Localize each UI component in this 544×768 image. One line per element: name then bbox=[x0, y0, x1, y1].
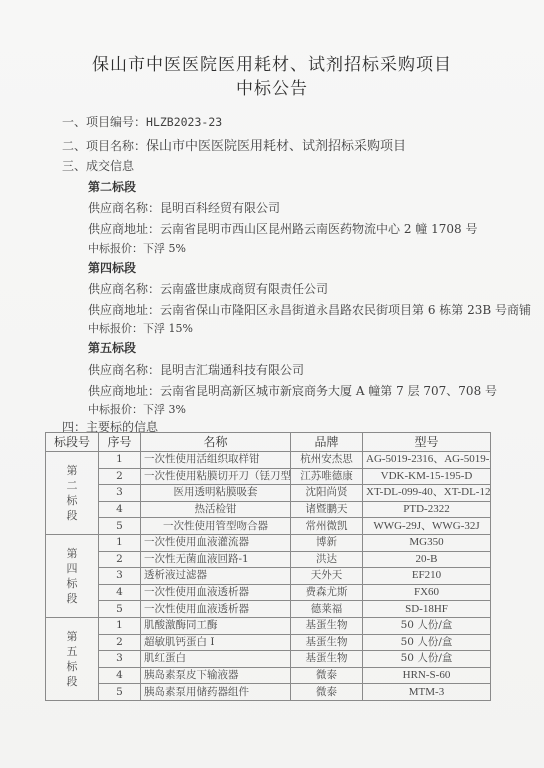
row-number: 2 bbox=[99, 634, 141, 651]
row-number: 2 bbox=[99, 468, 141, 485]
item-name: 一次性使用血液灌流器 bbox=[141, 534, 291, 551]
row-number: 1 bbox=[99, 534, 141, 551]
lot-2-bid-price: 中标报价：下浮 5% bbox=[88, 240, 186, 256]
table-row: 2 超敏肌钙蛋白 I 基蛋生物 50 人份/盒 bbox=[46, 634, 491, 651]
lot-5-supplier-name: 供应商名称：昆明吉汇瑞通科技有限公司 bbox=[88, 361, 304, 378]
table-row: 2 一次性使用粘膜切开刀（铥刀型） 江苏唯德康 VDK-KM-15-195-D bbox=[46, 468, 491, 485]
supplier-name-value: 云南盛世康成商贸有限责任公司 bbox=[160, 282, 328, 296]
item-brand: 微泰 bbox=[291, 684, 363, 701]
deal-info-heading: 三、成交信息 bbox=[62, 157, 134, 174]
bid-price-value: 下浮 3% bbox=[143, 403, 186, 416]
supplier-address-label: 供应商地址： bbox=[88, 384, 160, 398]
header-segment: 标段号 bbox=[46, 433, 99, 452]
item-model: HRN-S-60 bbox=[363, 667, 491, 684]
table-row: 4 热活检钳 诸暨鹏天 PTD-2322 bbox=[46, 501, 491, 518]
main-items-table: 标段号 序号 名称 品牌 型号 第 二 标 段 1 一次性使用活组织取样钳 杭州… bbox=[45, 432, 491, 701]
item-model: SD-18HF bbox=[363, 601, 491, 618]
item-brand: 江苏唯德康 bbox=[291, 468, 363, 485]
item-name: 肌红蛋白 bbox=[141, 651, 291, 668]
item-brand: 常州微凯 bbox=[291, 518, 363, 535]
segment-cell-lot-2: 第 二 标 段 bbox=[46, 452, 99, 535]
project-number-label: 一、项目编号： bbox=[62, 115, 146, 129]
table-row: 3 医用透明粘膜吸套 沈阳尚贤 XT-DL-099-40、XT-DL-128-4… bbox=[46, 485, 491, 502]
row-number: 3 bbox=[99, 651, 141, 668]
item-model: 50 人份/盒 bbox=[363, 651, 491, 668]
item-model: 50 人份/盒 bbox=[363, 617, 491, 634]
item-brand: 基蛋生物 bbox=[291, 651, 363, 668]
item-brand: 杭州安杰思 bbox=[291, 452, 363, 469]
row-number: 2 bbox=[99, 551, 141, 568]
row-number: 1 bbox=[99, 617, 141, 634]
row-number: 5 bbox=[99, 518, 141, 535]
supplier-name-value: 昆明吉汇瑞通科技有限公司 bbox=[160, 363, 304, 377]
supplier-address-value: 云南省昆明高新区城市新宸商务大厦 A 幢第 7 层 707、708 号 bbox=[160, 384, 497, 398]
table-row: 5 一次性使用血液透析器 德莱福 SD-18HF bbox=[46, 601, 491, 618]
item-model: AG-5019-2316、AG-5019-2323 bbox=[363, 452, 491, 469]
row-number: 3 bbox=[99, 485, 141, 502]
bid-price-value: 下浮 15% bbox=[143, 322, 193, 335]
item-brand: 天外天 bbox=[291, 568, 363, 585]
item-brand: 沈阳尚贤 bbox=[291, 485, 363, 502]
item-brand: 博新 bbox=[291, 534, 363, 551]
project-name-value: 保山市中医医院医用耗材、试剂招标采购项目 bbox=[146, 139, 406, 154]
item-brand: 洪达 bbox=[291, 551, 363, 568]
table-row: 4 胰岛素泵皮下输液器 微泰 HRN-S-60 bbox=[46, 667, 491, 684]
item-name: 透析液过滤器 bbox=[141, 568, 291, 585]
segment-char: 五 bbox=[49, 644, 95, 659]
row-number: 1 bbox=[99, 452, 141, 469]
bid-price-label: 中标报价： bbox=[88, 322, 143, 335]
header-model: 型号 bbox=[363, 433, 491, 452]
segment-char: 第 bbox=[49, 463, 95, 478]
lot-5-bid-price: 中标报价：下浮 3% bbox=[88, 401, 186, 417]
item-name: 一次性无菌血液回路-1 bbox=[141, 551, 291, 568]
item-model: XT-DL-099-40、XT-DL-128-40 bbox=[363, 485, 491, 502]
project-name-line: 二、项目名称：保山市中医医院医用耗材、试剂招标采购项目 bbox=[62, 135, 406, 154]
table-row: 2 一次性无菌血液回路-1 洪达 20-B bbox=[46, 551, 491, 568]
item-model: MG350 bbox=[363, 534, 491, 551]
item-name: 胰岛素泵皮下输液器 bbox=[141, 667, 291, 684]
table-row: 5 胰岛素泵用储药器组件 微泰 MTM-3 bbox=[46, 684, 491, 701]
item-name: 一次性使用血液透析器 bbox=[141, 601, 291, 618]
item-model: FX60 bbox=[363, 584, 491, 601]
row-number: 3 bbox=[99, 568, 141, 585]
bid-price-label: 中标报价： bbox=[88, 403, 143, 416]
item-name: 肌酸激酶同工酶 bbox=[141, 617, 291, 634]
document-subtitle: 中标公告 bbox=[0, 74, 544, 99]
table-row: 第 四 标 段 1 一次性使用血液灌流器 博新 MG350 bbox=[46, 534, 491, 551]
segment-char: 标 bbox=[49, 576, 95, 591]
item-brand: 基蛋生物 bbox=[291, 617, 363, 634]
supplier-address-value: 云南省昆明市西山区昆州路云南医药物流中心 2 幢 1708 号 bbox=[160, 222, 477, 236]
item-name: 一次性使用粘膜切开刀（铥刀型） bbox=[141, 468, 291, 485]
lot-4-supplier-name: 供应商名称：云南盛世康成商贸有限责任公司 bbox=[88, 280, 328, 297]
lot-4-bid-price: 中标报价：下浮 15% bbox=[88, 320, 193, 336]
supplier-address-value: 云南省保山市隆阳区永昌街道永昌路农民街项目第 6 栋第 23B 号商铺 bbox=[160, 303, 531, 317]
row-number: 4 bbox=[99, 667, 141, 684]
bid-price-value: 下浮 5% bbox=[143, 242, 186, 255]
table-row: 第 五 标 段 1 肌酸激酶同工酶 基蛋生物 50 人份/盒 bbox=[46, 617, 491, 634]
document-title: 保山市中医医院医用耗材、试剂招标采购项目 bbox=[0, 50, 544, 75]
segment-char: 标 bbox=[49, 659, 95, 674]
lot-4-supplier-address: 供应商地址：云南省保山市隆阳区永昌街道永昌路农民街项目第 6 栋第 23B 号商… bbox=[88, 301, 531, 318]
lot-2-supplier-name: 供应商名称：昆明百科经贸有限公司 bbox=[88, 199, 280, 216]
document-page: 保山市中医医院医用耗材、试剂招标采购项目 中标公告 一、项目编号：HLZB202… bbox=[0, 0, 544, 768]
row-number: 4 bbox=[99, 584, 141, 601]
segment-char: 段 bbox=[49, 674, 95, 689]
item-name: 热活检钳 bbox=[141, 501, 291, 518]
lot-2-supplier-address: 供应商地址：云南省昆明市西山区昆州路云南医药物流中心 2 幢 1708 号 bbox=[88, 220, 477, 237]
item-brand: 基蛋生物 bbox=[291, 634, 363, 651]
item-brand: 诸暨鹏天 bbox=[291, 501, 363, 518]
lot-4-title: 第四标段 bbox=[88, 259, 136, 276]
item-model: 20-B bbox=[363, 551, 491, 568]
row-number: 5 bbox=[99, 684, 141, 701]
supplier-name-label: 供应商名称： bbox=[88, 282, 160, 296]
item-name: 一次性使用管型吻合器 bbox=[141, 518, 291, 535]
segment-char: 段 bbox=[49, 591, 95, 606]
lot-5-supplier-address: 供应商地址：云南省昆明高新区城市新宸商务大厦 A 幢第 7 层 707、708 … bbox=[88, 382, 497, 399]
segment-char: 二 bbox=[49, 478, 95, 493]
supplier-name-label: 供应商名称： bbox=[88, 201, 160, 215]
table-header-row: 标段号 序号 名称 品牌 型号 bbox=[46, 433, 491, 452]
header-name: 名称 bbox=[141, 433, 291, 452]
lot-2-title: 第二标段 bbox=[88, 178, 136, 195]
row-number: 4 bbox=[99, 501, 141, 518]
lot-5-title: 第五标段 bbox=[88, 339, 136, 356]
segment-cell-lot-5: 第 五 标 段 bbox=[46, 617, 99, 700]
segment-cell-lot-4: 第 四 标 段 bbox=[46, 534, 99, 617]
item-model: PTD-2322 bbox=[363, 501, 491, 518]
item-brand: 微泰 bbox=[291, 667, 363, 684]
table-row: 3 肌红蛋白 基蛋生物 50 人份/盒 bbox=[46, 651, 491, 668]
table-row: 4 一次性使用血液透析器 费森尤斯 FX60 bbox=[46, 584, 491, 601]
table-row: 3 透析液过滤器 天外天 EF210 bbox=[46, 568, 491, 585]
segment-char: 第 bbox=[49, 546, 95, 561]
header-brand: 品牌 bbox=[291, 433, 363, 452]
segment-char: 第 bbox=[49, 629, 95, 644]
row-number: 5 bbox=[99, 601, 141, 618]
item-model: WWG-29J、WWG-32J bbox=[363, 518, 491, 535]
supplier-name-label: 供应商名称： bbox=[88, 363, 160, 377]
supplier-address-label: 供应商地址： bbox=[88, 222, 160, 236]
item-name: 一次性使用活组织取样钳 bbox=[141, 452, 291, 469]
project-number-line: 一、项目编号：HLZB2023-23 bbox=[62, 113, 222, 130]
segment-char: 四 bbox=[49, 561, 95, 576]
item-model: VDK-KM-15-195-D bbox=[363, 468, 491, 485]
item-brand: 费森尤斯 bbox=[291, 584, 363, 601]
segment-char: 段 bbox=[49, 508, 95, 523]
header-number: 序号 bbox=[99, 433, 141, 452]
item-name: 医用透明粘膜吸套 bbox=[141, 485, 291, 502]
item-name: 胰岛素泵用储药器组件 bbox=[141, 684, 291, 701]
bid-price-label: 中标报价： bbox=[88, 242, 143, 255]
project-name-label: 二、项目名称： bbox=[62, 139, 146, 153]
item-model: EF210 bbox=[363, 568, 491, 585]
table-row: 第 二 标 段 1 一次性使用活组织取样钳 杭州安杰思 AG-5019-2316… bbox=[46, 452, 491, 469]
item-name: 超敏肌钙蛋白 I bbox=[141, 634, 291, 651]
segment-char: 标 bbox=[49, 493, 95, 508]
supplier-address-label: 供应商地址： bbox=[88, 303, 160, 317]
table-row: 5 一次性使用管型吻合器 常州微凯 WWG-29J、WWG-32J bbox=[46, 518, 491, 535]
item-model: 50 人份/盒 bbox=[363, 634, 491, 651]
item-name: 一次性使用血液透析器 bbox=[141, 584, 291, 601]
item-model: MTM-3 bbox=[363, 684, 491, 701]
item-brand: 德莱福 bbox=[291, 601, 363, 618]
project-number-value: HLZB2023-23 bbox=[146, 115, 222, 129]
supplier-name-value: 昆明百科经贸有限公司 bbox=[160, 201, 280, 215]
